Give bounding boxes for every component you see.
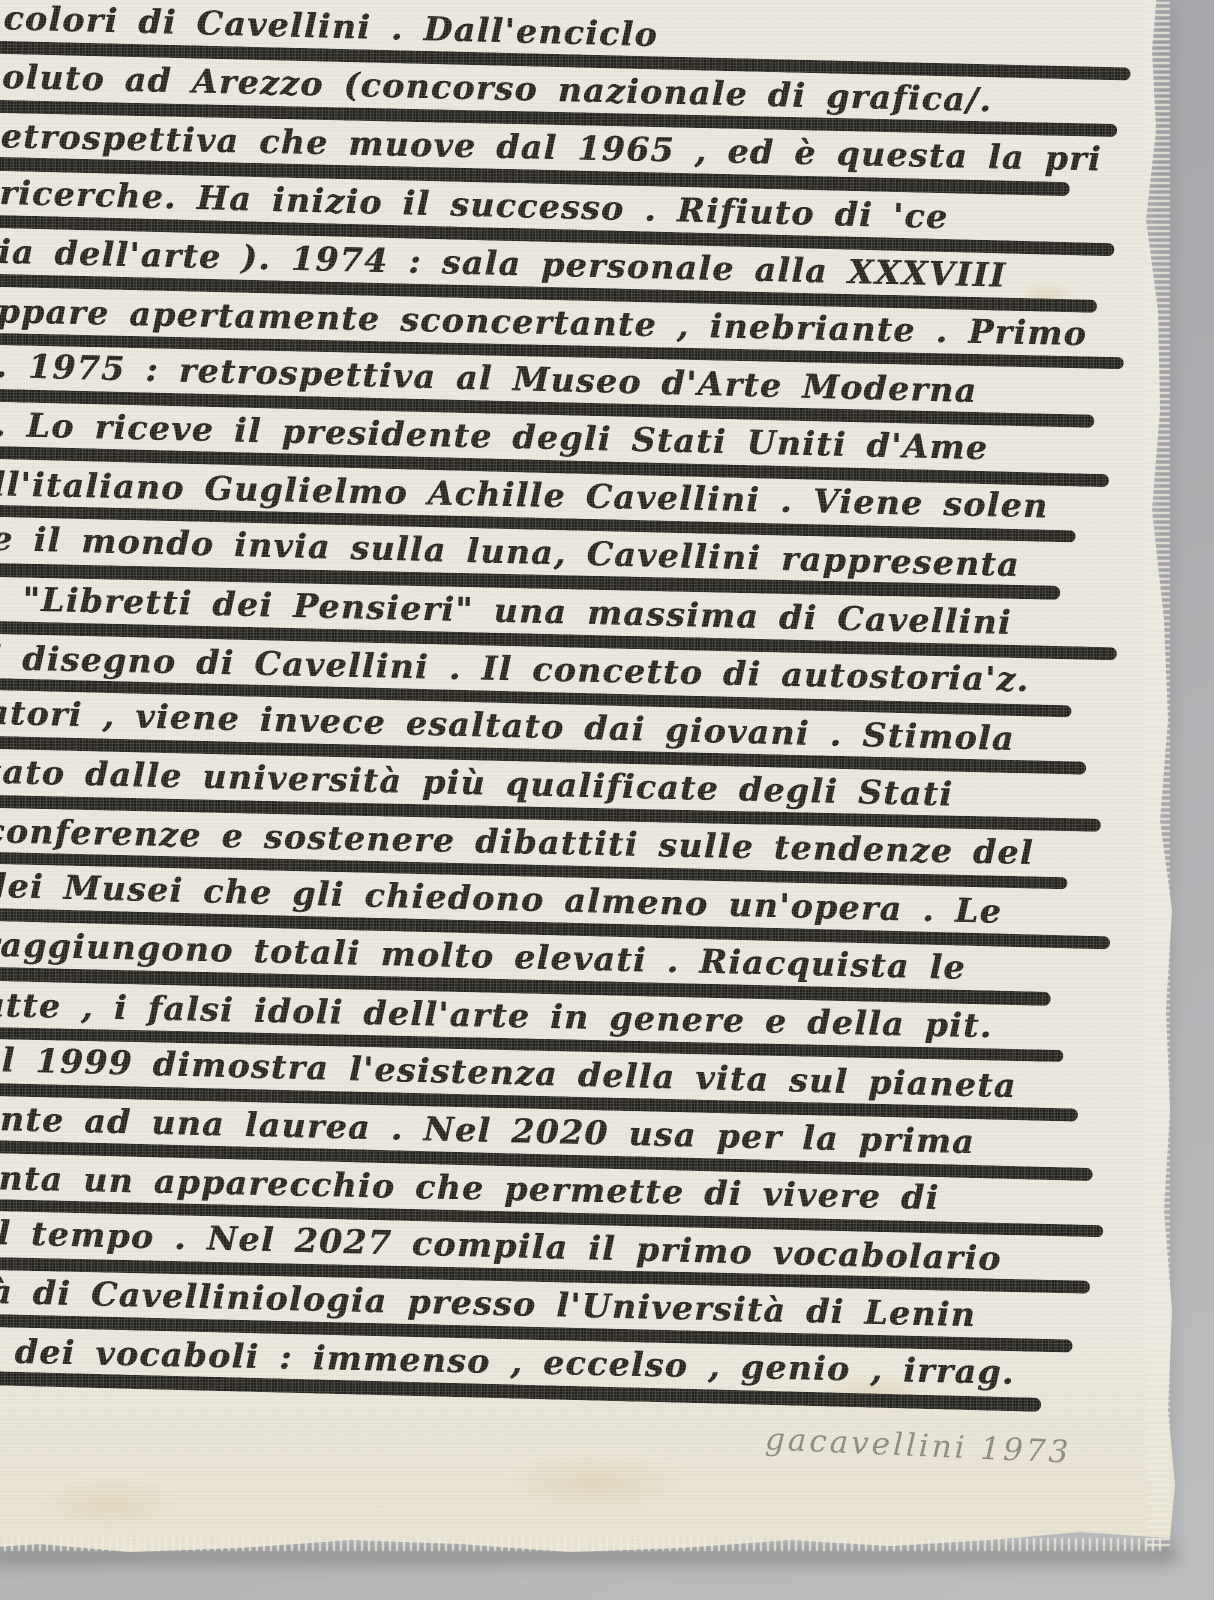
artist-signature: gacavellini 1973 — [764, 1421, 1072, 1470]
stain-mark — [40, 1475, 180, 1531]
frayed-edge-bottom — [0, 1538, 1162, 1551]
stain-mark — [500, 1450, 690, 1514]
artwork-photo: colori di Cavellini . Dall'enciclo oluto… — [0, 0, 1214, 1600]
printed-text-block: colori di Cavellini . Dall'enciclo oluto… — [0, 0, 1204, 1414]
frayed-edge-right — [1146, 0, 1170, 1548]
fabric-sheet: colori di Cavellini . Dall'enciclo oluto… — [0, 0, 1180, 1560]
